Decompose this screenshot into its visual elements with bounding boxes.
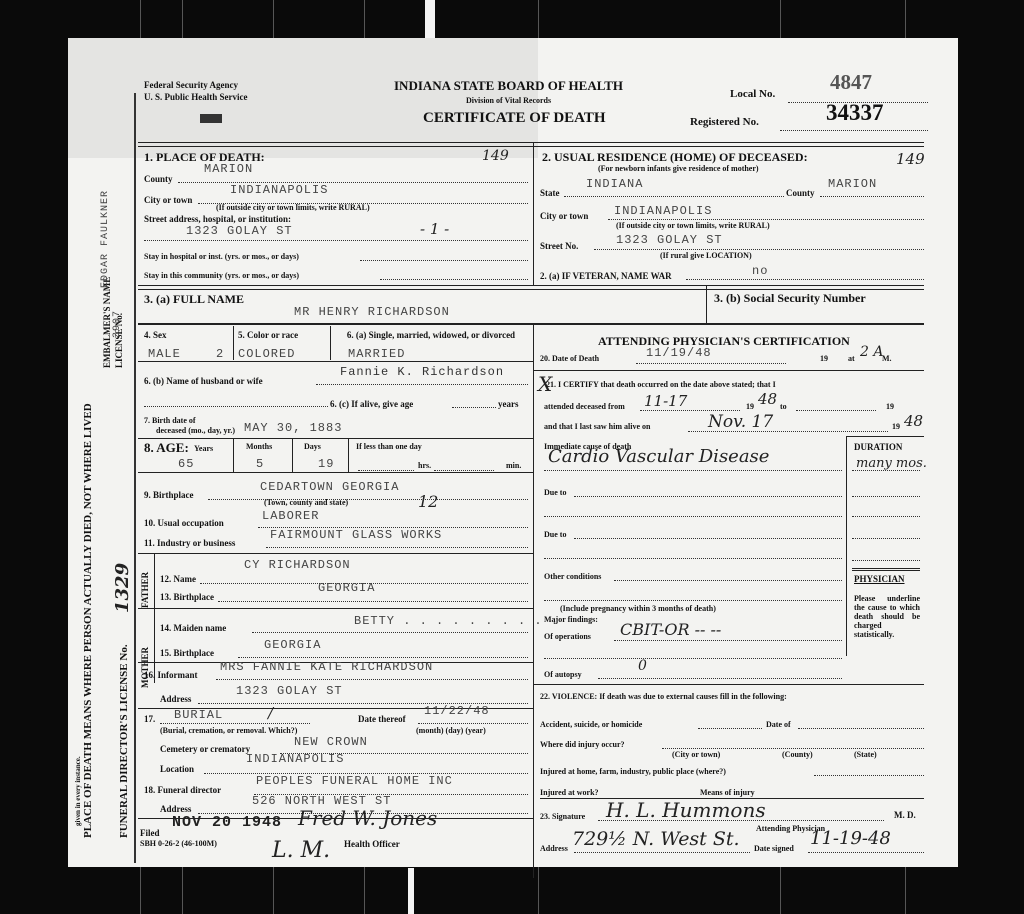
disposition-method-note: (Burial, cremation, or removal. Which?) xyxy=(160,726,297,735)
res-street-label: Street No. xyxy=(540,241,578,251)
director-value: PEOPLES FUNERAL HOME INC xyxy=(256,774,453,788)
city-note: (City or town) xyxy=(672,750,720,759)
mother-maiden-value: BETTY . . . . . . . . . . xyxy=(354,614,559,628)
industry-value: FAIRMOUNT GLASS WORKS xyxy=(270,528,442,542)
residence-annotation: 149 xyxy=(896,150,925,168)
violence-label: 22. VIOLENCE: If death was due to extern… xyxy=(540,692,840,702)
director-address-label: Address xyxy=(160,804,191,814)
sex-code: 2 xyxy=(216,347,224,361)
embalmer-label: EMBALMER'S NAME xyxy=(102,277,112,368)
death-time-value: 2 A xyxy=(860,344,883,360)
fd-license-label: FUNERAL DIRECTOR'S LICENSE No. xyxy=(118,644,130,838)
operations-value: CBIT-OR -- -- xyxy=(620,620,721,639)
disposition-mark: / xyxy=(268,704,273,722)
disposition-label: 17. xyxy=(144,714,155,724)
due-to-1-label: Due to xyxy=(544,488,566,497)
res-city-note: (If outside city or town limits, write R… xyxy=(616,221,770,230)
registered-no: 34337 xyxy=(826,100,884,126)
major-findings-label: Major findings: xyxy=(544,615,598,624)
health-officer-signature: Fred W. Jones xyxy=(298,806,437,830)
father-name-label: 12. Name xyxy=(160,574,196,584)
street-label: Street address, hospital, or institution… xyxy=(144,214,291,224)
less-day-label: If less than one day xyxy=(356,442,422,451)
death-certificate: given in every instance. PLACE OF DEATH … xyxy=(68,38,958,867)
occupation-value: LABORER xyxy=(262,509,319,523)
filed-stamp: NOV 20 1948 xyxy=(172,814,282,831)
race-value: COLORED xyxy=(238,347,295,361)
disposition-date-note: (month) (day) (year) xyxy=(416,726,486,735)
years-label: Years xyxy=(194,444,213,453)
attended-from-value: 11-17 xyxy=(644,392,687,410)
accident-label: Accident, suicide, or homicide xyxy=(540,720,642,729)
registered-no-label: Registered No. xyxy=(690,116,759,128)
form-title: INDIANA STATE BOARD OF HEALTH xyxy=(394,78,623,94)
informant-value: MRS FANNIE KATE RICHARDSON xyxy=(220,660,433,674)
place-annotation: 149 xyxy=(482,148,509,164)
initials-signature: L. M. xyxy=(272,838,330,863)
spouse-value: Fannie K. Richardson xyxy=(340,365,504,379)
death-year-label: 19 xyxy=(820,354,828,363)
marital-value: MARRIED xyxy=(348,347,405,361)
informant-address-value: 1323 GOLAY ST xyxy=(236,684,343,698)
stay-community-label: Stay in this community (yrs. or mos., or… xyxy=(144,271,299,280)
res-street-note: (If rural give LOCATION) xyxy=(660,251,752,260)
death-county-value: MARION xyxy=(204,162,253,176)
birth-label-2: deceased (mo., day, yr.) xyxy=(156,426,235,435)
res-city-value: INDIANAPOLIS xyxy=(614,204,712,218)
fd-license-no: 1329 xyxy=(112,563,133,613)
months-label: Months xyxy=(246,442,272,451)
father-birthplace-value: GEORGIA xyxy=(318,581,375,595)
scan-artifact xyxy=(408,868,414,914)
birth-date-value: MAY 30, 1883 xyxy=(244,421,342,435)
physician-address-label: Address xyxy=(540,844,568,853)
state-label: State xyxy=(540,188,560,198)
last-saw-label: and that I last saw him alive on xyxy=(544,422,650,431)
attended-label: attended deceased from xyxy=(544,402,625,411)
last-saw-year-value: 48 xyxy=(904,412,923,430)
license-no: 3907 xyxy=(112,310,123,338)
form-subtitle: CERTIFICATE OF DEATH xyxy=(423,110,606,127)
operations-label: Of operations xyxy=(544,632,591,641)
res-city-label: City or town xyxy=(540,211,588,221)
death-time-label: at xyxy=(848,354,855,363)
death-street-value: 1323 GOLAY ST xyxy=(186,224,293,238)
disposition-date-label: Date thereof xyxy=(358,714,406,724)
veteran-label: 2. (a) IF VETERAN, NAME WAR xyxy=(540,271,672,281)
pregnancy-note: (Include pregnancy within 3 months of de… xyxy=(560,604,716,613)
to-label: to xyxy=(780,402,787,411)
autopsy-label: Of autopsy xyxy=(544,670,582,679)
informant-label: 16. Informant xyxy=(144,670,198,680)
veteran-value: no xyxy=(752,264,768,278)
local-no-label: Local No. xyxy=(730,88,775,100)
disposition-method-value: BURIAL xyxy=(174,708,223,722)
physician-signature: H. L. Hummons xyxy=(606,798,766,822)
birthplace-label: 9. Birthplace xyxy=(144,490,194,500)
death-city-value: INDIANAPOLIS xyxy=(230,183,328,197)
mother-side-label: MOTHER xyxy=(140,647,150,688)
seal-icon xyxy=(200,114,222,123)
death-time-suffix: M. xyxy=(882,354,892,363)
margin-instruction-2: PLACE OF DEATH MEANS WHERE PERSON ACTUAL… xyxy=(82,403,94,838)
days-label: Days xyxy=(304,442,321,451)
father-side-label: FATHER xyxy=(140,572,150,608)
sex-label: 4. Sex xyxy=(144,330,167,340)
margin-instruction-1: given in every instance. xyxy=(74,756,82,826)
physician-heading: ATTENDING PHYSICIAN'S CERTIFICATION xyxy=(598,334,850,349)
form-division: Division of Vital Records xyxy=(466,96,551,105)
full-name-label: 3. (a) FULL NAME xyxy=(144,292,244,307)
min-label: min. xyxy=(506,461,521,470)
marital-label: 6. (a) Single, married, widowed, or divo… xyxy=(336,330,526,340)
duration-value: many mos. xyxy=(856,456,927,471)
city-label: City or town xyxy=(144,195,192,205)
full-name-value: MR HENRY RICHARDSON xyxy=(294,305,450,319)
birthplace-note: (Town, county and state) xyxy=(264,498,348,507)
birth-label-1: 7. Birth date of xyxy=(144,416,196,425)
res-state-value: INDIANA xyxy=(586,177,643,191)
due-to-2-label: Due to xyxy=(544,530,566,539)
scan-artifact xyxy=(425,0,435,40)
street-mark: - 1 - xyxy=(420,220,449,238)
date-signed-label: Date signed xyxy=(754,844,794,853)
disposition-date-value: 11/22/48 xyxy=(424,704,490,718)
local-no: 4847 xyxy=(830,70,872,95)
residence-note: (For newborn infants give residence of m… xyxy=(598,164,759,173)
injured-work-label: Injured at work? xyxy=(540,788,599,797)
city-note: (If outside city or town limits, write R… xyxy=(216,203,370,212)
father-birthplace-label: 13. Birthplace xyxy=(160,592,214,602)
stay-hospital-label: Stay in hospital or inst. (yrs. or mos.,… xyxy=(144,252,299,261)
signature-label: 23. Signature xyxy=(540,812,585,821)
informant-address-label: Address xyxy=(160,694,191,704)
date-of-label: Date of xyxy=(766,720,791,729)
filed-label: Filed xyxy=(140,828,160,838)
embalmer-name: EDGAR FAULKNER xyxy=(100,190,111,288)
age-years-value: 65 xyxy=(178,457,194,471)
physician-address-value: 729½ N. West St. xyxy=(572,828,740,850)
attended-year-value: 48 xyxy=(758,390,777,408)
death-date-value: 11/19/48 xyxy=(646,346,712,360)
county-note: (County) xyxy=(782,750,813,759)
location-value: INDIANAPOLIS xyxy=(246,752,344,766)
agency-line-2: U. S. Public Health Service xyxy=(144,92,248,102)
occupation-label: 10. Usual occupation xyxy=(144,518,224,528)
md-label: M. D. xyxy=(894,810,916,820)
duration-label: DURATION xyxy=(854,442,902,452)
injured-place-label: Injured at home, farm, industry, public … xyxy=(540,767,726,776)
margin-divider xyxy=(134,93,136,863)
county-label: County xyxy=(144,174,173,184)
sex-value: MALE xyxy=(148,347,181,361)
age-days-value: 19 xyxy=(318,457,334,471)
res-county-label: County xyxy=(786,188,815,198)
where-injury-label: Where did injury occur? xyxy=(540,740,625,749)
location-label: Location xyxy=(160,764,194,774)
res-street-value: 1323 GOLAY ST xyxy=(616,233,723,247)
race-label: 5. Color or race xyxy=(238,330,298,340)
health-officer-label: Health Officer xyxy=(344,839,400,849)
cemetery-label: Cemetery or crematory xyxy=(160,744,250,754)
date-signed-value: 11-19-48 xyxy=(810,828,891,849)
physician-box-title: PHYSICIAN xyxy=(854,574,905,584)
state-note: (State) xyxy=(854,750,877,759)
certify-text: 21. I CERTIFY that death occurred on the… xyxy=(546,380,776,389)
cemetery-value: NEW CROWN xyxy=(294,735,368,749)
industry-label: 11. Industry or business xyxy=(144,538,235,548)
age-label: 8. AGE: xyxy=(144,440,189,456)
autopsy-value: 0 xyxy=(638,658,647,674)
death-date-label: 20. Date of Death xyxy=(540,354,599,363)
to-year-label: 19 xyxy=(886,402,894,411)
father-name-value: CY RICHARDSON xyxy=(244,558,351,572)
last-saw-value: Nov. 17 xyxy=(708,412,773,432)
ssn-label: 3. (b) Social Security Number xyxy=(714,291,866,306)
spouse-label: 6. (b) Name of husband or wife xyxy=(144,376,263,386)
last-saw-year-label: 19 xyxy=(892,422,900,431)
hrs-label: hrs. xyxy=(418,461,431,470)
mother-birthplace-label: 15. Birthplace xyxy=(160,648,214,658)
spouse-age-suffix: years xyxy=(498,399,519,409)
mother-birthplace-value: GEORGIA xyxy=(264,638,321,652)
agency-line-1: Federal Security Agency xyxy=(144,80,238,90)
attended-year-label: 19 xyxy=(746,402,754,411)
means-label: Means of injury xyxy=(700,788,755,797)
code-mark: 12 xyxy=(418,492,438,511)
birthplace-value: CEDARTOWN GEORGIA xyxy=(260,480,399,494)
director-label: 18. Funeral director xyxy=(144,785,221,795)
spouse-age-label: 6. (c) If alive, give age xyxy=(330,399,413,409)
residence-heading: 2. USUAL RESIDENCE (HOME) OF DECEASED: xyxy=(542,150,808,165)
immediate-cause-value: Cardio Vascular Disease xyxy=(548,446,769,467)
age-months-value: 5 xyxy=(256,457,264,471)
res-county-value: MARION xyxy=(828,177,877,191)
physician-box-text: Please underline the cause to which deat… xyxy=(854,594,920,639)
other-conditions-label: Other conditions xyxy=(544,572,601,581)
mother-maiden-label: 14. Maiden name xyxy=(160,623,226,633)
form-code: SBH 0-26-2 (46-100M) xyxy=(140,839,217,848)
